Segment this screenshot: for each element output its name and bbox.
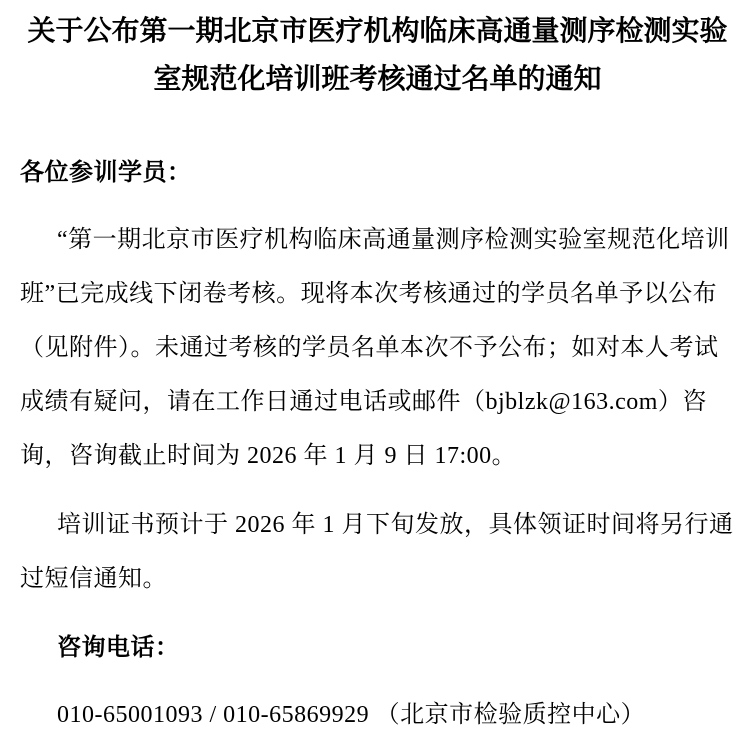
salutation: 各位参训学员： xyxy=(20,146,735,200)
notice-document: 关于公布第一期北京市医疗机构临床高通量测序检测实验室规范化培训班考核通过名单的通… xyxy=(0,0,750,736)
notice-title: 关于公布第一期北京市医疗机构临床高通量测序检测实验室规范化培训班考核通过名单的通… xyxy=(20,8,735,104)
contact-phone-line: 010-65001093 / 010-65869929 （北京市检验质控中心） xyxy=(20,688,735,736)
paragraph-exam-result: “第一期北京市医疗机构临床高通量测序检测实验室规范化培训班”已完成线下闭卷考核。… xyxy=(20,213,735,483)
paragraph-certificate: 培训证书预计于 2026 年 1 月下旬发放，具体领证时间将另行通过短信通知。 xyxy=(20,498,735,606)
contact-heading: 咨询电话： xyxy=(20,621,735,675)
